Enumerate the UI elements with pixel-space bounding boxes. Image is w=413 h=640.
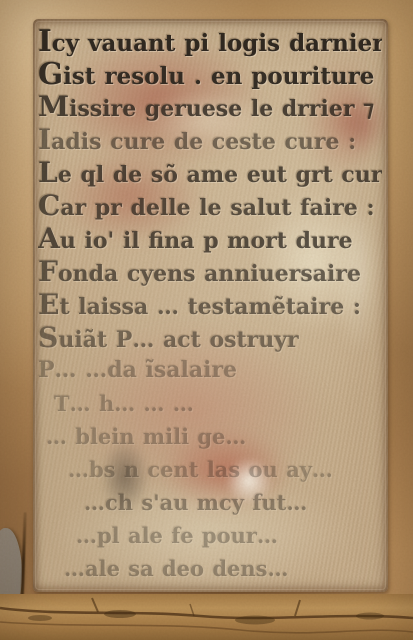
inscription-line: P… …da ĩsalaire: [38, 354, 382, 387]
inscription-line: Missire geruese le drrier ⁊: [38, 90, 382, 123]
inscription-line: Le ql de sõ ame eut grt cure: [38, 156, 382, 189]
inscription-line: … blein mili ge…: [38, 420, 382, 453]
inscription-line: …bs n cent las ou ay…: [38, 453, 382, 486]
inscription-line: Suiãt P… act ostruyr: [38, 321, 382, 354]
inscription-line: Gist resolu . en pouriture :: [38, 57, 382, 90]
inscription-line: …pl ale fe pour…: [38, 519, 382, 552]
inscription-line: Car pr delle le salut faire :: [38, 189, 382, 222]
crack-lines: [0, 592, 413, 640]
inscription-line: Icy vauant pi logis darnier :: [38, 24, 382, 57]
inscription-line: Et laissa … testamẽtaire :: [38, 288, 382, 321]
inscription-line: …ch s'au mcy fut…: [38, 486, 382, 519]
inscription-line: Au io' il fina p mort dure: [38, 222, 382, 255]
inscription-line: Fonda cyens anniuersaire: [38, 255, 382, 288]
inscription-line: T… h… … …: [38, 387, 382, 420]
inscription-tablet: Icy vauant pi logis darnier : Gist resol…: [33, 19, 388, 592]
inscription-line: …ale sa deo dens…: [38, 552, 382, 585]
stone-wall-photo: Icy vauant pi logis darnier : Gist resol…: [0, 0, 413, 640]
inscription-line: Iadis cure de ceste cure :: [38, 123, 382, 156]
inscription: Icy vauant pi logis darnier : Gist resol…: [38, 24, 382, 586]
